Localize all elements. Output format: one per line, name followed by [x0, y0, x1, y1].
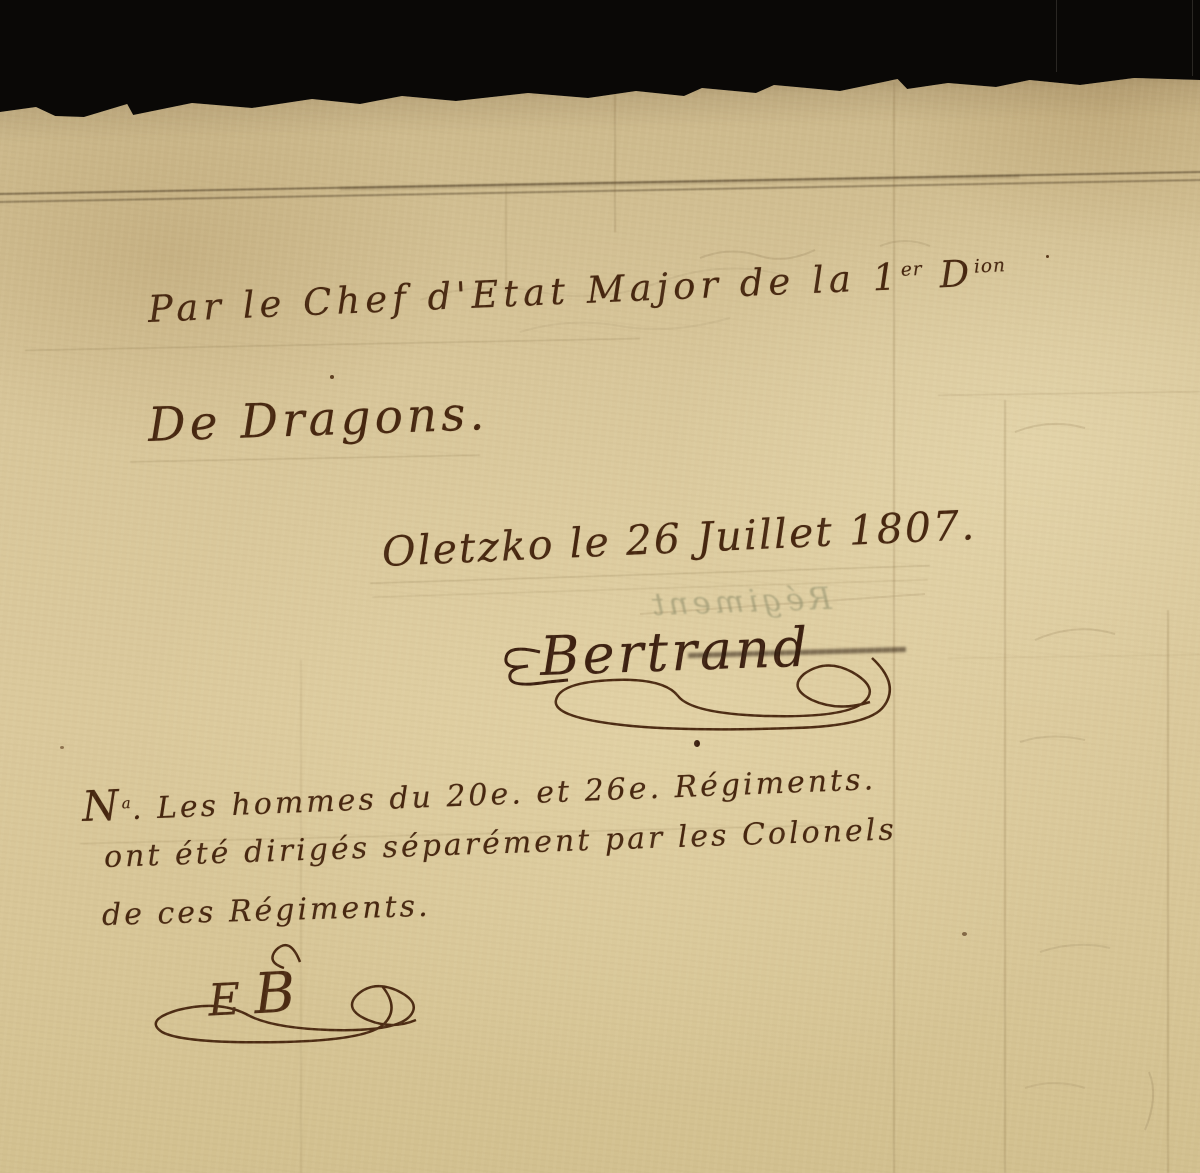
note-label: N — [81, 780, 123, 831]
fold-crease — [614, 92, 616, 232]
manuscript-page: Régiment Par le Chef d'Etat Major de la … — [0, 0, 1200, 1173]
unit-line: De Dragons. — [147, 386, 489, 453]
division-superscript: ion — [974, 255, 1007, 277]
initial-first: E — [207, 973, 256, 1026]
fold-crease — [893, 82, 895, 1173]
header-text: Par le Chef d'Etat Major de la 1 — [147, 255, 902, 331]
guide-line — [130, 455, 480, 463]
header-ordinal-superscript: er — [900, 259, 923, 281]
photo-background: Régiment Par le Chef d'Etat Major de la … — [0, 0, 1200, 1173]
verso-table-line — [1004, 400, 1006, 1173]
ink-dot — [694, 740, 700, 747]
backdrop-streak — [1192, 0, 1193, 76]
foxing-speck — [330, 375, 334, 379]
note-line-3: de ces Régiments. — [102, 889, 431, 933]
division-letter: D — [939, 252, 976, 296]
photo-canvas: { "colors": { "backdrop": "#0a0806", "pa… — [0, 0, 1200, 1173]
header-line: Par le Chef d'Etat Major de la 1er Dion — [147, 251, 1007, 331]
backdrop-streak — [1056, 0, 1057, 72]
note-label-period: . — [131, 792, 145, 827]
verso-table-line — [948, 654, 1200, 659]
initials-text: EB — [206, 959, 311, 1029]
initial-second: B — [252, 959, 310, 1027]
verso-table-line — [938, 391, 1200, 396]
foxing-speck — [1046, 255, 1049, 258]
torn-edge-shading — [0, 59, 1200, 143]
foxing-speck — [60, 746, 64, 749]
foxing-speck — [962, 932, 967, 936]
guide-line — [25, 338, 640, 351]
verso-table-line — [1167, 610, 1169, 1173]
dateline: Oletzko le 26 Juillet 1807. — [381, 501, 977, 576]
